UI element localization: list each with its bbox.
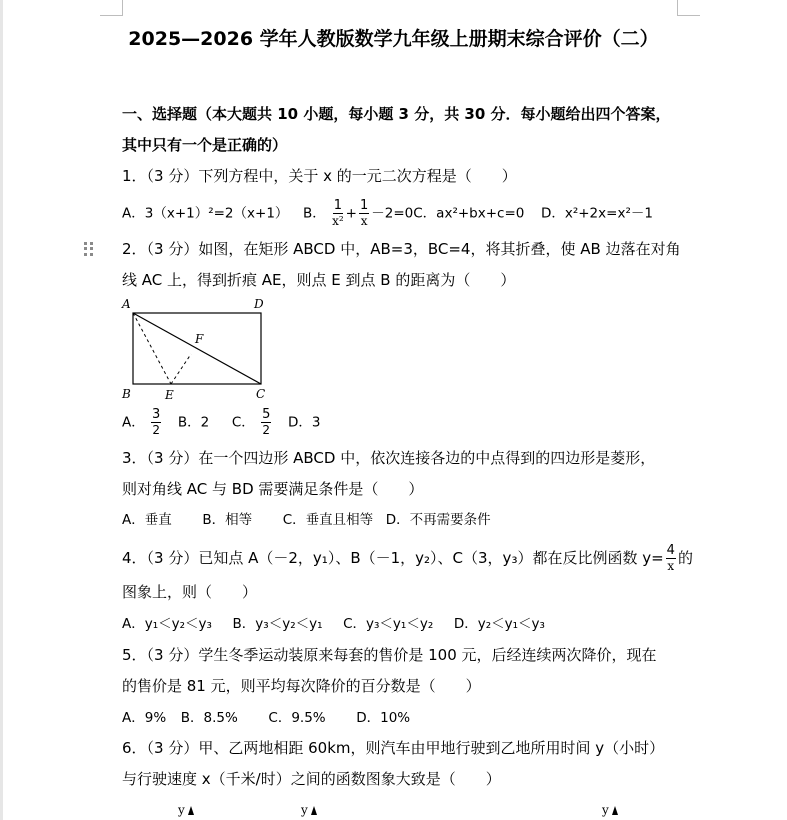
question-2-stem: 2．（3 分）如图，在矩形 ABCD 中，AB=3，BC=4，将其折叠，使 AB… <box>122 239 681 259</box>
graph-a-y-axis: y <box>178 803 194 817</box>
question-4-stem: 4．（3 分）已知点 A（－2，y₁）、B（－1，y₂）、C（3，y₃）都在反比… <box>122 543 693 574</box>
q1-option-c: C．ax²+bx+c=0 <box>413 206 524 222</box>
q1-option-b-suffix: －2=0 <box>371 206 413 222</box>
margin-corner-mark-left <box>100 0 123 16</box>
q5-option-d: D．10% <box>356 710 410 726</box>
q4-option-c: C．y₃＜y₁＜y₂ <box>343 616 433 632</box>
question-5-stem-cont: 的售价是 81 元，则平均每次降价的百分数是（ ） <box>122 676 481 696</box>
question-4-stem-cont: 图象上，则（ ） <box>122 582 257 602</box>
question-3-stem: 3．（3 分）在一个四边形 ABCD 中，依次连接各边的中点得到的四边形是菱形， <box>122 448 655 468</box>
page-left-edge <box>0 0 3 820</box>
q4-inverse-function-fraction: 4 x <box>666 543 676 574</box>
question-6-stem: 6．（3 分）甲、乙两地相距 60km，则汽车由甲地行驶到乙地所用时间 y（小时… <box>122 738 664 758</box>
question-1-stem: 1．（3 分）下列方程中，关于 x 的一元二次方程是（ ） <box>122 166 517 186</box>
q1-option-d: D．x²+2x=x²－1 <box>541 206 653 222</box>
q3-option-b: B．相等 <box>202 512 252 528</box>
y-axis-arrow-icon <box>612 806 618 815</box>
q2-option-a-fraction: 3 2 <box>151 407 161 438</box>
y-axis-arrow-icon <box>311 806 317 815</box>
q2-option-a-prefix: A． <box>122 415 145 431</box>
question-3-stem-cont: 则对角线 AC 与 BD 需要满足条件是（ ） <box>122 479 423 499</box>
question-6-stem-cont: 与行驶速度 x（千米/时）之间的函数图象大致是（ ） <box>122 769 501 789</box>
q5-option-c: C．9.5% <box>268 710 325 726</box>
q5-option-b: B．8.5% <box>181 710 238 726</box>
question-1-options: A．3（x+1）²=2（x+1） B． 1 x² + 1 x －2=0C．ax²… <box>122 198 653 229</box>
q3-option-a: A．垂直 <box>122 512 172 528</box>
q2-option-c-fraction: 5 2 <box>261 407 271 438</box>
q1-option-a: A．3（x+1）²=2（x+1） <box>122 206 288 222</box>
graph-d-y-axis: y <box>602 803 618 817</box>
vertex-a-label: A <box>121 297 131 311</box>
section-heading-cont: 其中只有一个是正确的） <box>122 135 287 155</box>
question-5-options: A．9% B．8.5% C．9.5% D．10% <box>122 708 410 728</box>
q4-option-a: A．y₁＜y₂＜y₃ <box>122 616 212 632</box>
drag-handle-icon[interactable] <box>84 242 94 256</box>
question-3-options: A．垂直 B．相等 C．垂直且相等 D．不再需要条件 <box>122 510 491 530</box>
margin-corner-mark-right <box>677 0 700 16</box>
q1-option-b-fraction-1: 1 x² <box>332 198 344 229</box>
vertex-c-label: C <box>256 387 265 401</box>
point-f-label: F <box>194 332 204 346</box>
q2-option-c-prefix: C． <box>232 415 255 431</box>
vertex-d-label: D <box>253 297 264 311</box>
rectangle-fold-diagram: A D B E C F <box>118 293 278 403</box>
q2-option-b: B．2 <box>178 415 209 431</box>
question-2-stem-cont: 线 AC 上，得到折痕 AE，则点 E 到点 B 的距离为（ ） <box>122 270 515 290</box>
graph-b-y-axis: y <box>301 803 317 817</box>
q3-option-d: D．不再需要条件 <box>386 512 491 528</box>
q4-option-d: D．y₂＜y₁＜y₃ <box>454 616 545 632</box>
q3-option-c: C．垂直且相等 <box>283 512 373 528</box>
document-title: 2025—2026 学年人教版数学九年级上册期末综合评价（二） <box>0 24 787 51</box>
question-4-options: A．y₁＜y₂＜y₃ B．y₃＜y₂＜y₁ C．y₃＜y₁＜y₂ D．y₂＜y₁… <box>122 614 545 634</box>
q4-option-b: B．y₃＜y₂＜y₁ <box>233 616 323 632</box>
vertex-b-label: B <box>121 387 131 401</box>
q5-option-a: A．9% <box>122 710 166 726</box>
q1-option-b-prefix: B． <box>303 206 326 222</box>
question-2-options: A． 3 2 B．2 C． 5 2 D．3 <box>122 407 320 438</box>
section-heading: 一、选择题（本大题共 10 小题，每小题 3 分，共 30 分．每小题给出四个答… <box>122 104 671 124</box>
q1-option-b-fraction-2: 1 x <box>359 198 369 229</box>
q2-option-d: D．3 <box>288 415 320 431</box>
y-axis-arrow-icon <box>188 806 194 815</box>
point-e-label: E <box>164 388 174 402</box>
question-5-stem: 5．（3 分）学生冬季运动装原来每套的售价是 100 元，后经连续两次降价，现在 <box>122 645 657 665</box>
